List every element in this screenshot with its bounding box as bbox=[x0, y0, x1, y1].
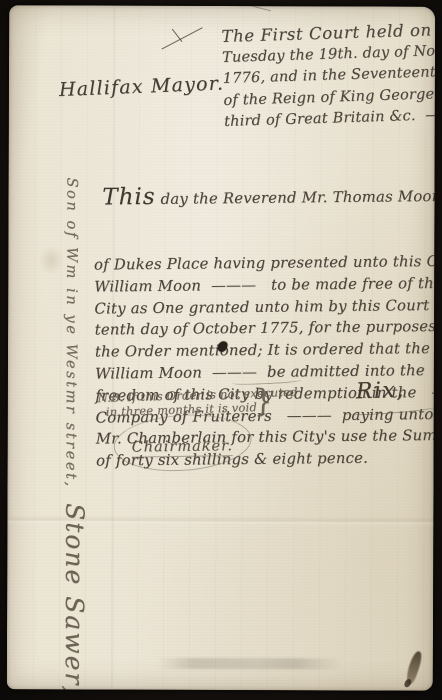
margin-annotation: Son of Wm in ye Westmr street, Stone Saw… bbox=[60, 177, 91, 677]
nb-note-brace: } bbox=[254, 383, 272, 419]
body-first-line-rest: day the Reverend Mr. Thomas Moore Minist… bbox=[156, 187, 436, 208]
body-lead-word: This bbox=[102, 183, 156, 210]
margin-annotation-text: Son of Wm in ye Westmr street, bbox=[62, 177, 79, 503]
body-first-line: This day the Reverend Mr. Thomas Moore M… bbox=[93, 183, 435, 211]
x-mark-stroke bbox=[162, 27, 203, 49]
corner-ink-smudge bbox=[403, 678, 413, 689]
top-edge-pen-stroke bbox=[245, 5, 270, 11]
occupation-label: Chairmaker. bbox=[132, 438, 234, 457]
body-line: of Dukes Place having presented unto thi… bbox=[94, 250, 435, 276]
margin-annotation-occupation: Stone Sawer) bbox=[60, 503, 90, 691]
faint-pencil-inscription bbox=[157, 658, 342, 670]
mayor-title: Hallifax Mayor. bbox=[59, 72, 225, 101]
x-cross-mark-icon bbox=[157, 22, 207, 56]
body-line: William Moon ——— to be made free of this bbox=[94, 272, 435, 298]
court-heading: The First Court held onTuesday the 19th.… bbox=[221, 18, 435, 134]
clerk-signature: Rix, bbox=[355, 378, 405, 405]
scan-background: Hallifax Mayor. The First Court held onT… bbox=[0, 0, 442, 700]
manuscript-page: Hallifax Mayor. The First Court held onT… bbox=[7, 5, 435, 690]
